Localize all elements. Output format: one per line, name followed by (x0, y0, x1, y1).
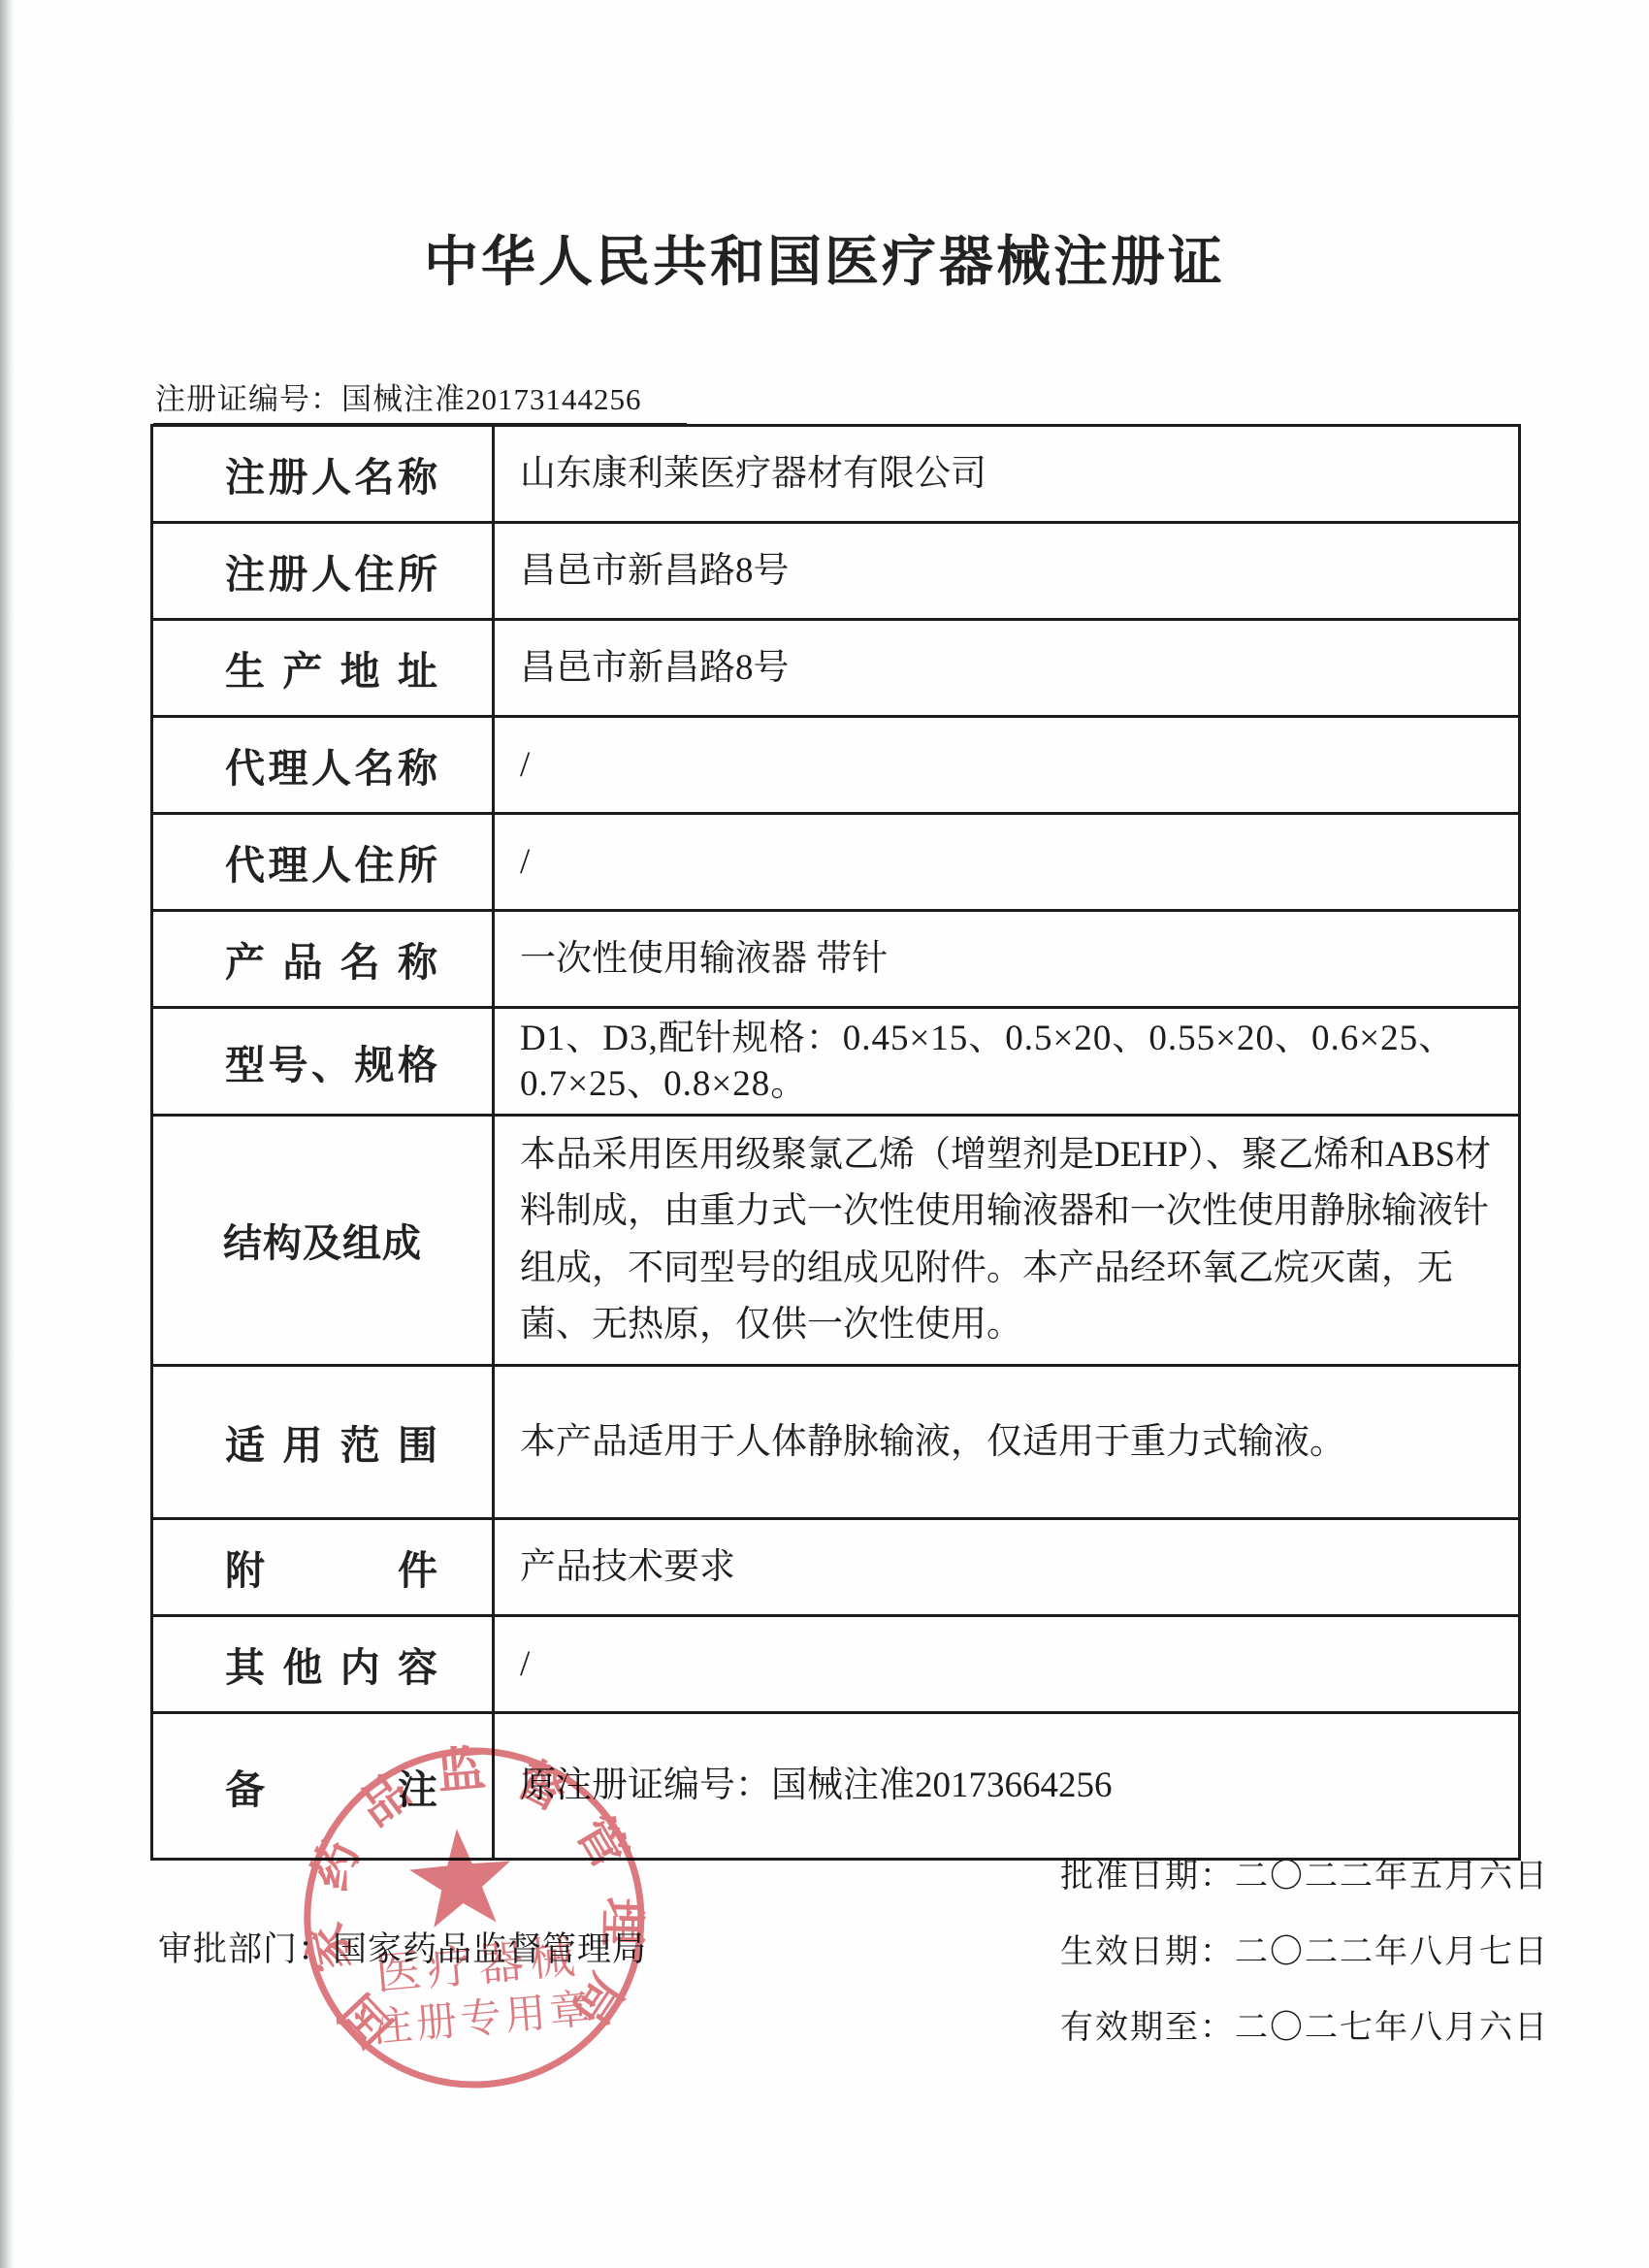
row-value: 昌邑市新昌路8号 (520, 546, 790, 597)
row-value-cell: / (495, 718, 1518, 812)
row-value: 本品采用医用级聚氯乙烯（增塑剂是DEHP）、聚乙烯和ABS材料制成，由重力式一次… (520, 1127, 1497, 1354)
row-label: 其他内容 (153, 1636, 492, 1693)
row-value-cell: 本品采用医用级聚氯乙烯（增塑剂是DEHP）、聚乙烯和ABS材料制成，由重力式一次… (495, 1117, 1518, 1364)
table-row: 其他内容 / (153, 1614, 1518, 1711)
row-value: 产品技术要求 (520, 1542, 735, 1593)
row-label-cell: 注册人名称 (153, 427, 495, 521)
row-label: 产品名称 (153, 930, 492, 988)
scan-edge-shadow (0, 0, 16, 2268)
row-label: 代理人住所 (153, 833, 492, 891)
approval-date-label: 批准日期： (1060, 1859, 1235, 1895)
table-row: 生产地址 昌邑市新昌路8号 (153, 618, 1518, 715)
row-label: 附件 (153, 1539, 492, 1596)
stamp-star-icon (406, 1825, 516, 1929)
row-label: 型号、规格 (153, 1033, 492, 1090)
row-value-cell: 山东康利莱医疗器材有限公司 (495, 427, 1518, 521)
date-block: 批准日期：二〇二二年五月六日 生效日期：二〇二二年八月七日 有效期至：二〇二七年… (1060, 1849, 1549, 2076)
approval-department-line: 审批部门：国家药品监督管理局 (158, 1923, 647, 1971)
approval-date-value: 二〇二二年五月六日 (1235, 1859, 1549, 1895)
row-label-cell: 代理人名称 (153, 718, 495, 812)
row-value-cell: D1、D3,配针规格：0.45×15、0.5×20、0.55×20、0.6×25… (495, 1009, 1518, 1114)
table-row: 型号、规格 D1、D3,配针规格：0.45×15、0.5×20、0.55×20、… (153, 1006, 1518, 1114)
effective-date-label: 生效日期： (1060, 1934, 1235, 1970)
row-value-cell: 产品技术要求 (495, 1520, 1518, 1614)
table-row: 产品名称 一次性使用输液器 带针 (153, 909, 1518, 1006)
row-label: 生产地址 (153, 639, 492, 697)
row-value-cell: 一次性使用输液器 带针 (495, 912, 1518, 1006)
official-stamp: 国家药品监督管理局 医疗器械 注册专用章 (275, 1721, 673, 2119)
table-row: 注册人名称 山东康利莱医疗器材有限公司 (153, 427, 1518, 521)
row-label-cell: 结构及组成 (153, 1117, 495, 1364)
row-label: 注册人住所 (153, 542, 492, 599)
table-row: 代理人名称 / (153, 715, 1518, 812)
row-label-cell: 注册人住所 (153, 524, 495, 618)
row-value-cell: 昌邑市新昌路8号 (495, 621, 1518, 715)
row-value: 本产品适用于人体静脉输液，仅适用于重力式输液。 (520, 1417, 1345, 1468)
table-row: 适用范围 本产品适用于人体静脉输液，仅适用于重力式输液。 (153, 1364, 1518, 1517)
expiry-date-label: 有效期至： (1060, 2010, 1235, 2046)
row-value-cell: / (495, 1617, 1518, 1711)
row-label-cell: 适用范围 (153, 1367, 495, 1517)
row-value: 昌邑市新昌路8号 (520, 643, 790, 694)
row-label: 代理人名称 (153, 736, 492, 794)
row-value: / (520, 1639, 530, 1690)
certificate-page: 中华人民共和国医疗器械注册证 注册证编号：国械注准20173144256 注册人… (0, 0, 1649, 2268)
table-row: 附件 产品技术要求 (153, 1517, 1518, 1614)
approval-value: 国家药品监督管理局 (333, 1930, 647, 1968)
row-value: / (520, 740, 530, 791)
document-title: 中华人民共和国医疗器械注册证 (0, 219, 1649, 297)
row-label-cell: 其他内容 (153, 1617, 495, 1711)
table-row: 注册人住所 昌邑市新昌路8号 (153, 521, 1518, 618)
effective-date-line: 生效日期：二〇二二年八月七日 (1060, 1925, 1549, 1972)
row-value-cell: 本产品适用于人体静脉输液，仅适用于重力式输液。 (495, 1367, 1518, 1517)
table-row: 结构及组成 本品采用医用级聚氯乙烯（增塑剂是DEHP）、聚乙烯和ABS材料制成，… (153, 1114, 1518, 1364)
approval-date-line: 批准日期：二〇二二年五月六日 (1060, 1849, 1549, 1896)
certificate-number: 注册证编号：国械注准20173144256 (153, 374, 687, 426)
row-label-cell: 代理人住所 (153, 815, 495, 909)
row-label-cell: 生产地址 (153, 621, 495, 715)
row-label-cell: 型号、规格 (153, 1009, 495, 1114)
approval-label: 审批部门： (158, 1930, 333, 1968)
effective-date-value: 二〇二二年八月七日 (1235, 1934, 1549, 1970)
row-value-cell: / (495, 815, 1518, 909)
row-value: D1、D3,配针规格：0.45×15、0.5×20、0.55×20、0.6×25… (520, 1016, 1497, 1108)
row-label: 适用范围 (153, 1413, 492, 1471)
expiry-date-value: 二〇二七年八月六日 (1235, 2010, 1549, 2046)
certificate-table: 注册人名称 山东康利莱医疗器材有限公司 注册人住所 昌邑市新昌路8号 生产地址 … (150, 424, 1521, 1861)
row-value: / (520, 837, 530, 888)
row-label-cell: 附件 (153, 1520, 495, 1614)
row-value: 山东康利莱医疗器材有限公司 (520, 449, 986, 500)
row-value-cell: 昌邑市新昌路8号 (495, 524, 1518, 618)
row-label: 结构及组成 (153, 1213, 492, 1268)
row-label-cell: 产品名称 (153, 912, 495, 1006)
table-row: 代理人住所 / (153, 812, 1518, 909)
row-label: 注册人名称 (153, 445, 492, 502)
expiry-date-line: 有效期至：二〇二七年八月六日 (1060, 2000, 1549, 2048)
row-value: 一次性使用输液器 带针 (520, 934, 888, 985)
